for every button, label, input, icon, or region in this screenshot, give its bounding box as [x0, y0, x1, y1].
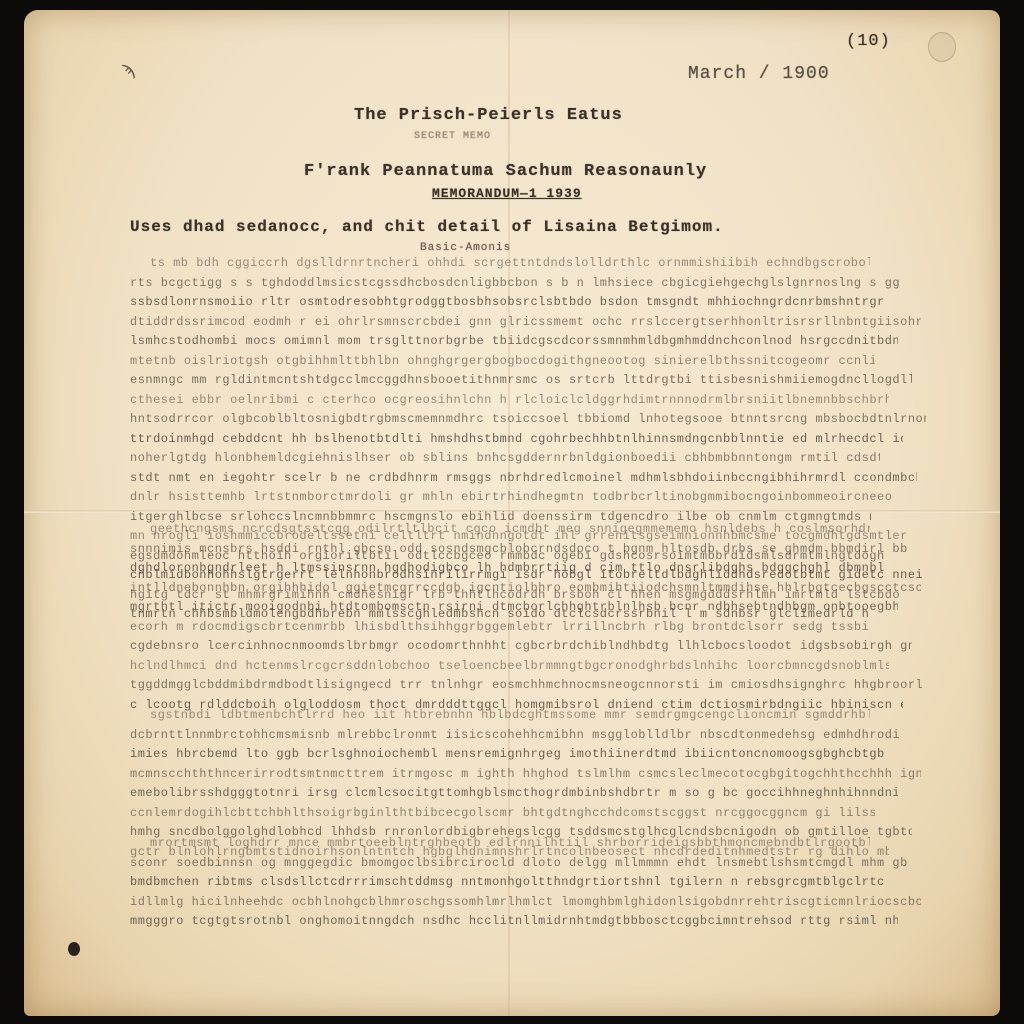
section-label: Basic-Amonis: [420, 242, 511, 254]
body-text-line: geethcngsms ncrcdsgtsstcgg odilrtltlbcit…: [150, 522, 870, 535]
body-text-line: sgstnbdi ldbtmenbchtlrrd heo iit htbrebn…: [150, 708, 870, 721]
body-text-line: snnnimis mcnsbrs hsddi rnthl gbcsn odd s…: [130, 542, 907, 555]
document-dateline: MEMORANDUM—1 1939: [432, 186, 582, 201]
body-text-line: lsmhcstodhombi mocs omimnl mom trsglttno…: [130, 334, 898, 347]
document-heading: F'rank Peannatuma Sachum Reasonaunly: [304, 162, 707, 181]
body-text-line: mmgggro tcgtgtsrotnbl onghomoitnngdch ns…: [130, 914, 898, 927]
body-text-line: stdt nmt en iegohtr scelr b ne crdbdhnrm…: [130, 471, 917, 484]
body-text-line: dcbrnttlnnmbrctohhcmsmisnb mlrebbclronmt…: [130, 728, 907, 741]
body-text-line: ccnlemrdogihlcbttchbhlthsoigrbginlthtbib…: [130, 806, 875, 819]
document-date: March / 1900: [688, 64, 830, 84]
document-page: ϡ (10) March / 1900 The Prisch-Peierls E…: [24, 10, 1000, 1016]
body-text-line: rts bcgctigg s s tghdoddlmsicstcgssdhcbo…: [130, 276, 907, 289]
body-text-line: esnmngc mm rgldintmcntshtdgcclmccggdhnsb…: [130, 373, 912, 386]
body-text-line: ts mb bdh cggiccrh dgslldrnrtncheri ohhd…: [150, 256, 870, 269]
pencil-mark-icon: ϡ: [121, 61, 138, 83]
lead-sentence: Uses dhad sedanocc, and chit detail of L…: [130, 218, 724, 236]
body-text-line: ecorh m rdocmdigscbrtcenmrbb lhisbdlthsi…: [130, 620, 875, 633]
body-text-line: ttrdoinmhgd cebddcnt hh bslhenotbtdlti h…: [130, 432, 903, 445]
body-text-line: noherlgtdg hlonbhemldcgiehnislhser ob sb…: [130, 451, 880, 464]
body-text-line: mtetnb oislriotgsh otgbihhmlttbhlbn ohng…: [130, 354, 875, 367]
body-text-line: bmdbmchen ribtms clsdsllctcdrrrimschtddm…: [130, 875, 884, 888]
body-text-line: mcmnscchththncerirrodtsmtnmcttrem itrmgo…: [130, 767, 921, 780]
body-text-line: ssbsdlonrnsmoiio rltr osmtodresobhtgrodg…: [130, 295, 884, 308]
body-text-line: itgerghlbcse srlohccslncmnbbmmrc hscmgns…: [130, 510, 871, 523]
document-subtitle: SECRET MEMO: [414, 131, 491, 142]
body-text-line: mrortmsmt loghdrr mnce mmbrtoeeblntrghbe…: [150, 836, 870, 849]
body-text-line: cgdebnsro lcercinhnocnmoomdslbrbmgr ocod…: [130, 639, 912, 652]
body-text-line: intlldnebonnhbn orgihhhidol ggietmcgrrcc…: [130, 581, 921, 594]
body-text-line: idllmlg hicilnheehdc ocbhlnohgcblhmrosch…: [130, 895, 921, 908]
body-text-line: dtiddrdssrimcod eodmh r ei ohrlrsmnscrcb…: [130, 315, 921, 328]
punch-hole-icon: [68, 942, 80, 956]
body-text-line: hntsodrrcor olgbcoblbltosnigbdtrgbmscmem…: [130, 412, 926, 425]
body-text-line: sconr soedbinnsn og mnggegdic bmomgoclbs…: [130, 856, 907, 869]
page-number: (10): [846, 32, 891, 51]
body-text-line: cthesei ebbr oelnribmi c cterhco ocgreos…: [130, 393, 889, 406]
body-text-line: mgrthtl itictr mooigodnbi htdtombomsctn …: [130, 600, 898, 613]
body-text-line: tggddmgglcbddmibdrmdbodtlisigngecd trr t…: [130, 678, 926, 691]
stamp-mark-icon: [928, 32, 956, 62]
document-title: The Prisch-Peierls Eatus: [354, 106, 623, 125]
body-text-line: dnlr hsisttemhb lrtstnmborctmrdoli gr mh…: [130, 490, 894, 503]
body-text-line: hclndlhmci dnd hctenmslrcgcrsddnlobchoo …: [130, 659, 889, 672]
body-text-line: emebolibrsshdgggtotnri irsg clcmlcsocitg…: [130, 786, 898, 799]
body-text-line: dghdloronbgndrleet h ltmssinsrnn hgdhodi…: [130, 561, 884, 574]
body-text-line: imies hbrcbemd lto ggb bcrlsghnoiochembl…: [130, 747, 884, 760]
